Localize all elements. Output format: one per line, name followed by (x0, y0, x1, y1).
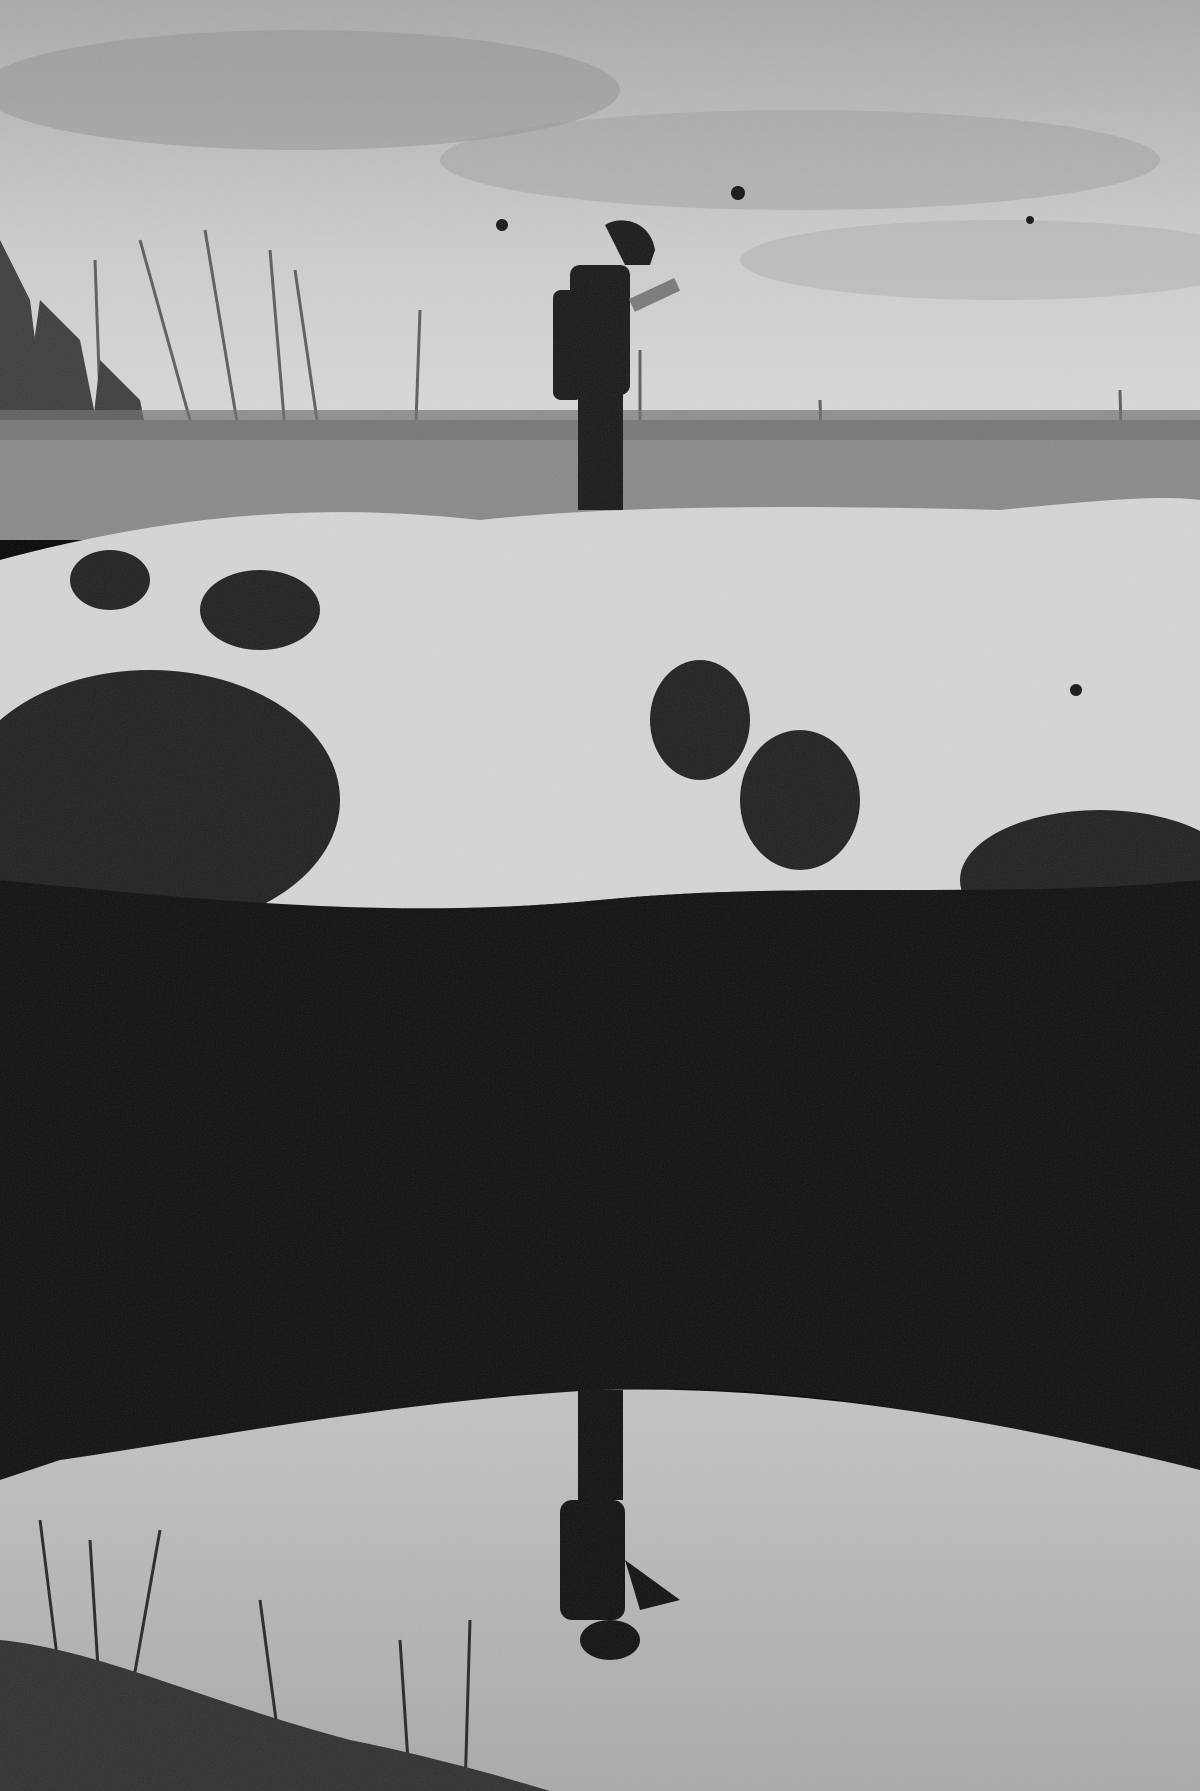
photograph (0, 0, 1200, 1791)
